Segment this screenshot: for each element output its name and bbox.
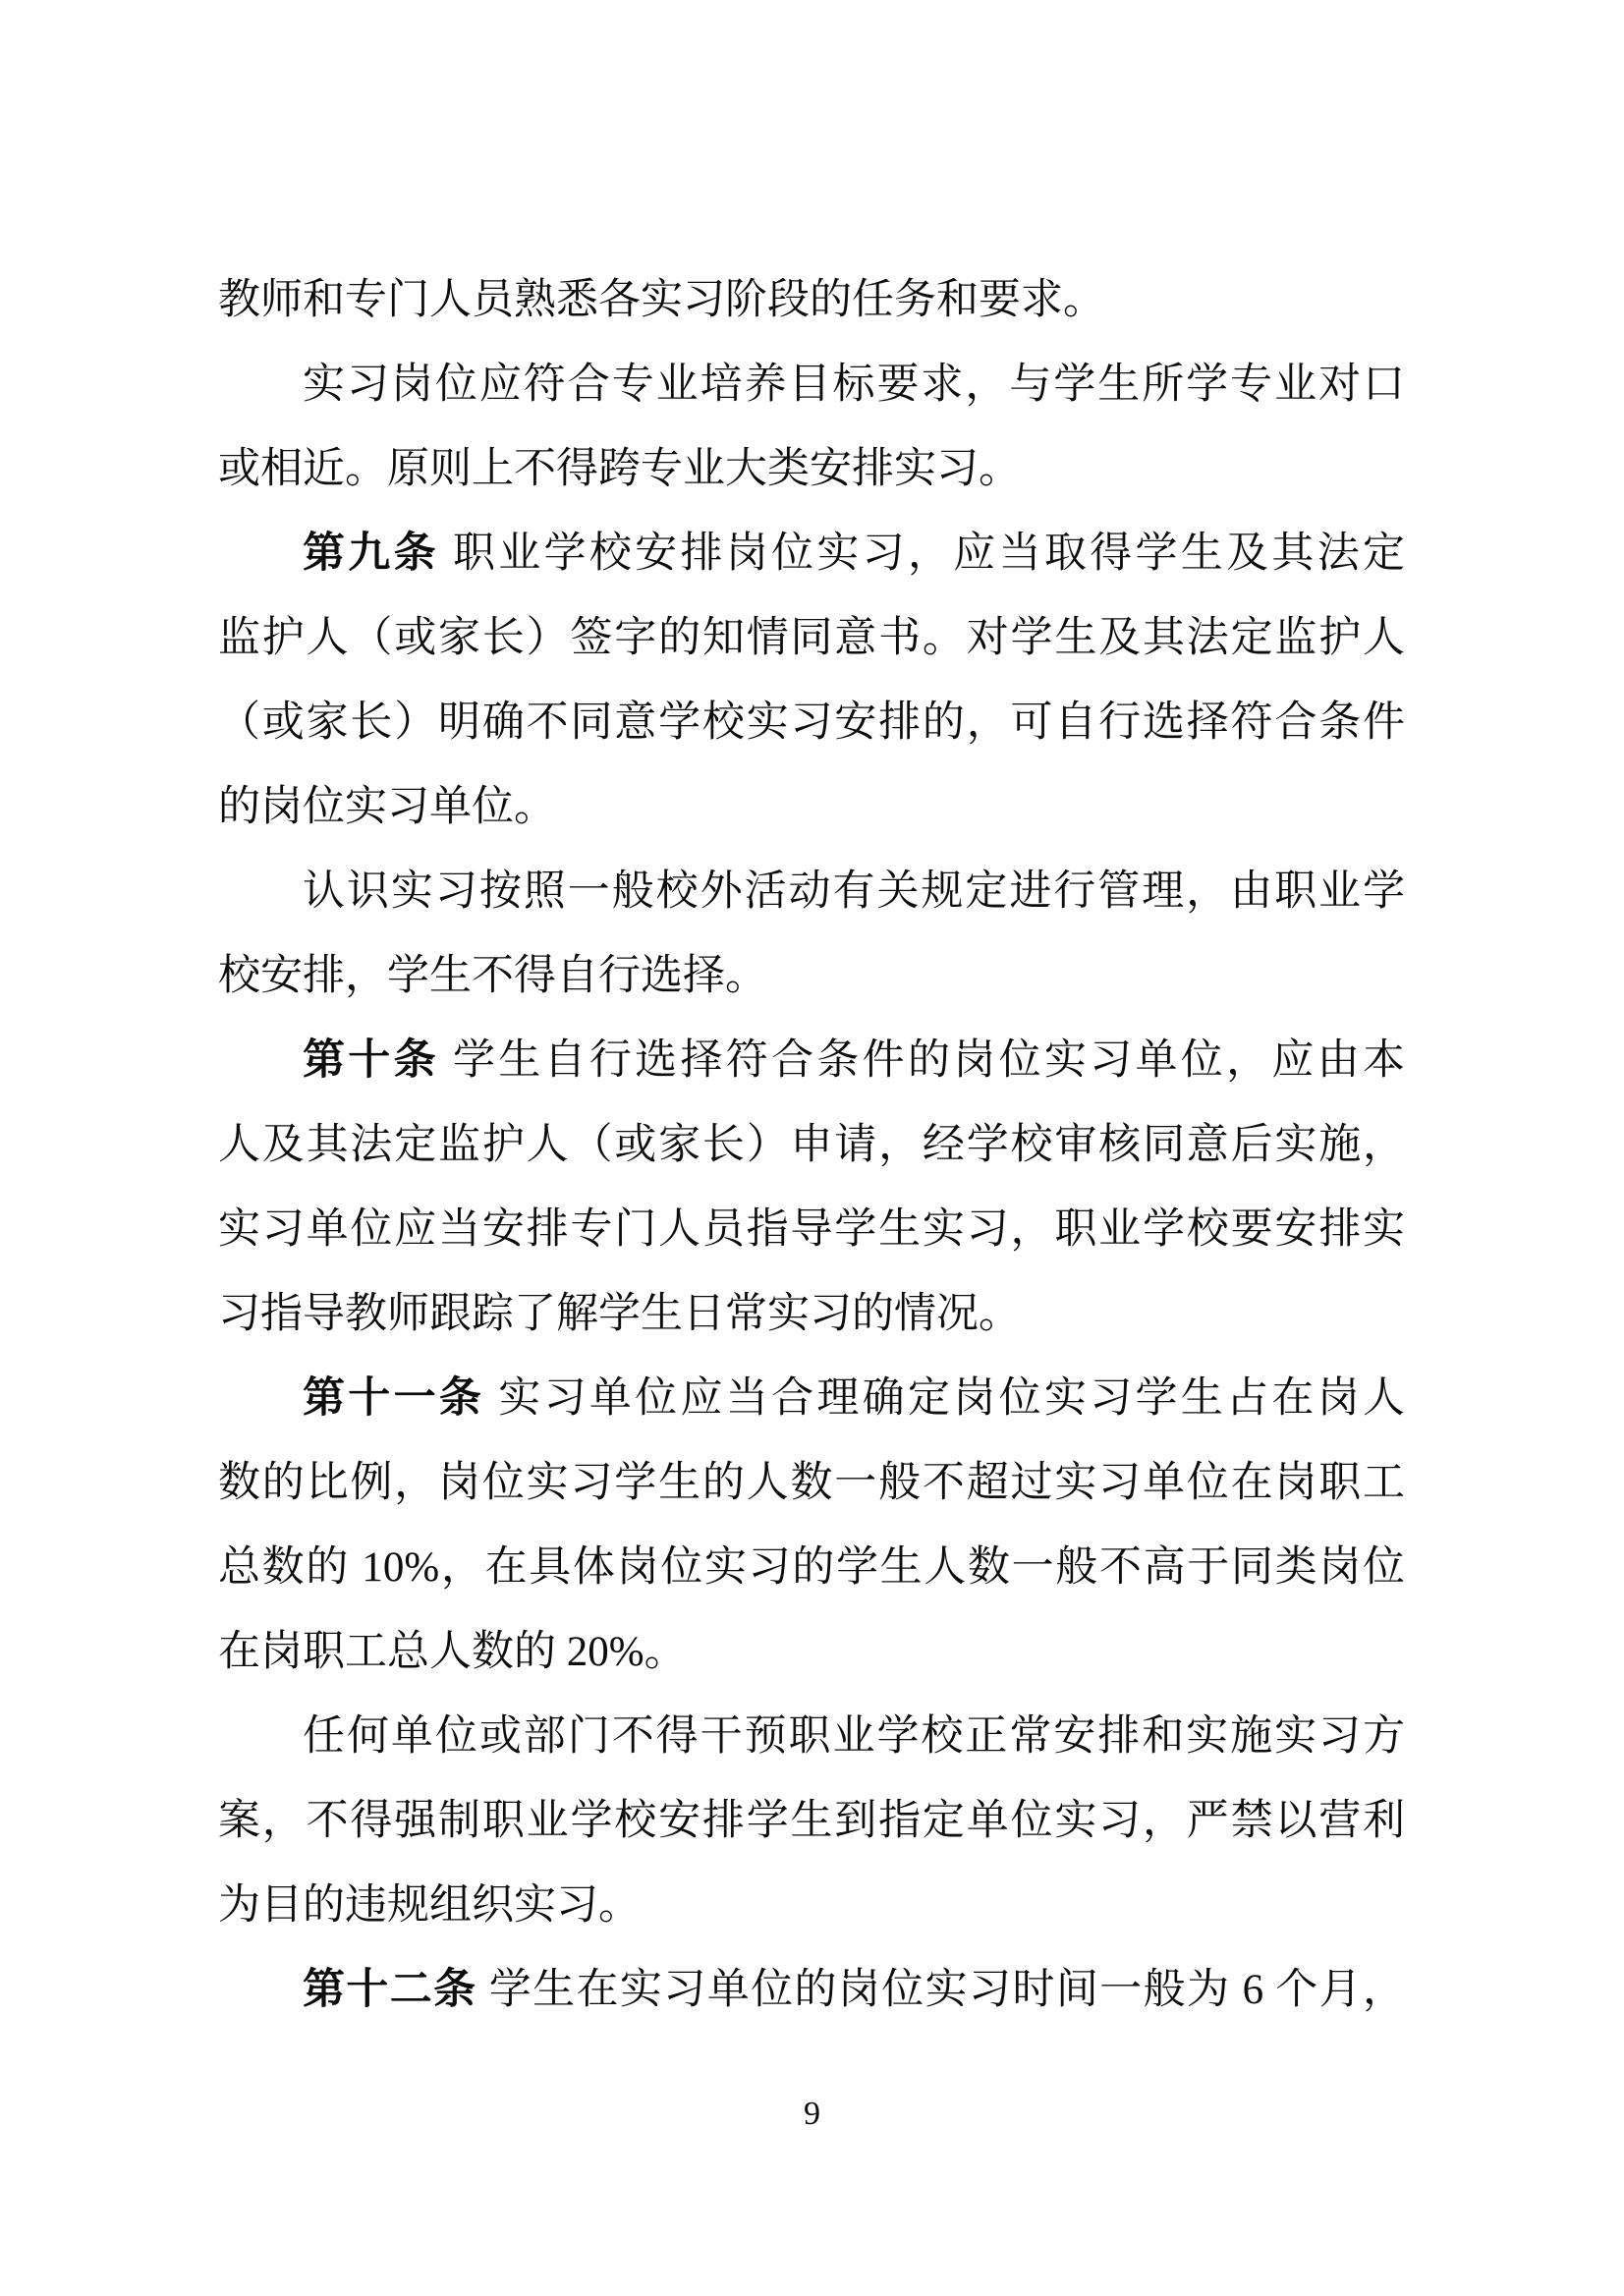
- document-page: 教师和专门人员熟悉各实习阶段的任务和要求。 实习岗位应符合专业培养目标要求，与学…: [0, 0, 1624, 2296]
- line-text: 实习单位应当合理确定岗位实习学生占在岗人: [484, 1375, 1405, 1422]
- line-text: 职业学校安排岗位实习，应当取得学生及其法定: [439, 531, 1405, 577]
- line-text: 学生在实习单位的岗位实习时间一般为 6 个月，: [477, 1967, 1405, 2013]
- text-line: 第十一条 实习单位应当合理确定岗位实习学生占在岗人: [218, 1357, 1405, 1441]
- text-line: 任何单位或部门不得干预职业学校正常安排和实施实习方: [218, 1695, 1405, 1779]
- text-line: 案，不得强制职业学校安排学生到指定单位实习，严禁以营利: [218, 1779, 1405, 1864]
- text-line: 为目的违规组织实习。: [218, 1864, 1405, 1948]
- paragraph: 任何单位或部门不得干预职业学校正常安排和实施实习方 案，不得强制职业学校安排学生…: [218, 1695, 1405, 1948]
- text-line: 第九条 职业学校安排岗位实习，应当取得学生及其法定: [218, 512, 1405, 596]
- paragraph: 第九条 职业学校安排岗位实习，应当取得学生及其法定 监护人（或家长）签字的知情同…: [218, 512, 1405, 850]
- text-line: 在岗职工总人数的 20%。: [218, 1610, 1405, 1695]
- text-line: 教师和专门人员熟悉各实习阶段的任务和要求。: [218, 258, 1405, 343]
- article-number: 第九条: [303, 531, 439, 577]
- paragraph: 第十一条 实习单位应当合理确定岗位实习学生占在岗人 数的比例，岗位实习学生的人数…: [218, 1357, 1405, 1695]
- text-line: 校安排，学生不得自行选择。: [218, 934, 1405, 1019]
- paragraph: 教师和专门人员熟悉各实习阶段的任务和要求。: [218, 258, 1405, 343]
- text-line: 人及其法定监护人（或家长）申请，经学校审核同意后实施，: [218, 1103, 1405, 1188]
- article-number: 第十条: [303, 1037, 439, 1084]
- paragraph: 第十二条 学生在实习单位的岗位实习时间一般为 6 个月，: [218, 1948, 1405, 2033]
- text-line: （或家长）明确不同意学校实习安排的，可自行选择符合条件: [218, 681, 1405, 765]
- text-line: 或相近。原则上不得跨专业大类安排实习。: [218, 427, 1405, 512]
- text-line: 第十二条 学生在实习单位的岗位实习时间一般为 6 个月，: [218, 1948, 1405, 2033]
- text-line: 习指导教师跟踪了解学生日常实习的情况。: [218, 1272, 1405, 1357]
- document-body: 教师和专门人员熟悉各实习阶段的任务和要求。 实习岗位应符合专业培养目标要求，与学…: [218, 258, 1405, 2033]
- text-line: 认识实习按照一般校外活动有关规定进行管理，由职业学: [218, 850, 1405, 934]
- page-number: 9: [0, 2097, 1624, 2132]
- text-line: 第十条 学生自行选择符合条件的岗位实习单位，应由本: [218, 1019, 1405, 1103]
- text-line: 监护人（或家长）签字的知情同意书。对学生及其法定监护人: [218, 596, 1405, 681]
- text-line: 实习岗位应符合专业培养目标要求，与学生所学专业对口: [218, 343, 1405, 427]
- article-number: 第十二条: [303, 1967, 477, 2013]
- text-line: 的岗位实习单位。: [218, 765, 1405, 850]
- line-text: 学生自行选择符合条件的岗位实习单位，应由本: [439, 1037, 1405, 1084]
- text-line: 总数的 10%，在具体岗位实习的学生人数一般不高于同类岗位: [218, 1526, 1405, 1610]
- text-line: 数的比例，岗位实习学生的人数一般不超过实习单位在岗职工: [218, 1441, 1405, 1526]
- text-line: 实习单位应当安排专门人员指导学生实习，职业学校要安排实: [218, 1188, 1405, 1272]
- article-number: 第十一条: [303, 1375, 484, 1422]
- paragraph: 实习岗位应符合专业培养目标要求，与学生所学专业对口 或相近。原则上不得跨专业大类…: [218, 343, 1405, 512]
- paragraph: 第十条 学生自行选择符合条件的岗位实习单位，应由本 人及其法定监护人（或家长）申…: [218, 1019, 1405, 1357]
- paragraph: 认识实习按照一般校外活动有关规定进行管理，由职业学 校安排，学生不得自行选择。: [218, 850, 1405, 1019]
